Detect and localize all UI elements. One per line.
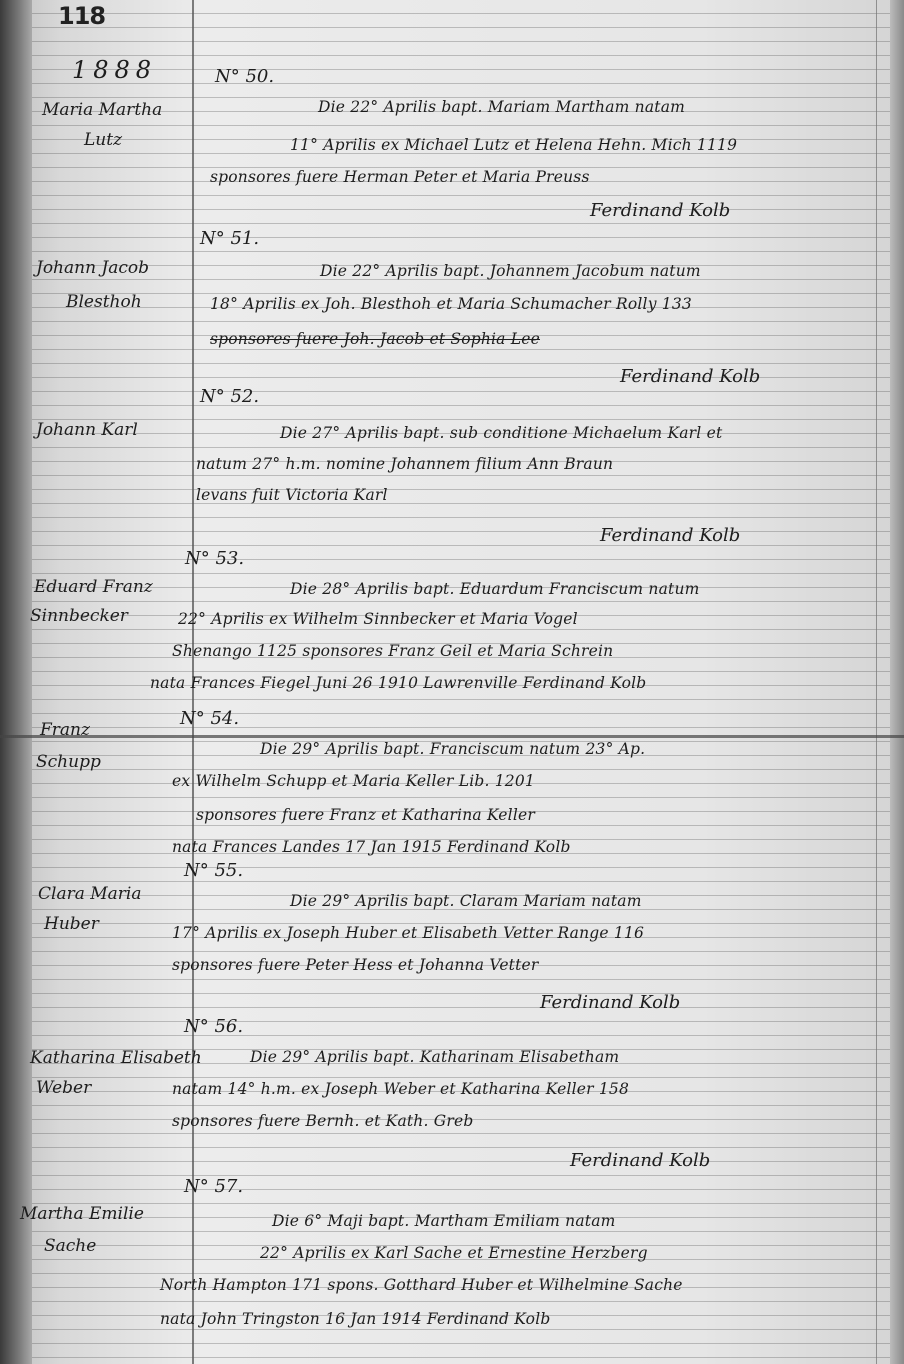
page-number: 118 [58, 2, 105, 30]
page-edge [890, 0, 904, 1364]
record-line: Die 6° Maji bapt. Martham Emiliam natam [272, 1212, 616, 1230]
entry-number: N° 52. [200, 386, 259, 407]
record-line: sponsores fuere Joh. Jacob et Sophia Lee [210, 330, 540, 348]
child-name: Eduard Franz [34, 577, 153, 597]
record-line: Shenango 1125 sponsores Franz Geil et Ma… [172, 642, 613, 660]
record-line: Die 22° Aprilis bapt. Johannem Jacobum n… [320, 262, 701, 280]
child-name: Johann Karl [36, 420, 138, 440]
record-line: nata Frances Fiegel Juni 26 1910 Lawrenv… [150, 674, 646, 692]
page-fold [0, 735, 904, 738]
register-page: 118 1888 N° 50. Maria Martha Lutz Die 22… [0, 0, 904, 1364]
record-line: levans fuit Victoria Karl [196, 486, 388, 504]
priest-signature: Ferdinand Kolb [600, 525, 740, 546]
record-line: Die 22° Aprilis bapt. Mariam Martham nat… [318, 98, 685, 116]
child-name: Franz [40, 720, 90, 740]
priest-signature: Ferdinand Kolb [570, 1150, 710, 1171]
record-line: natam 14° h.m. ex Joseph Weber et Kathar… [172, 1080, 629, 1098]
record-line: sponsores fuere Peter Hess et Johanna Ve… [172, 956, 539, 974]
record-line: North Hampton 171 spons. Gotthard Huber … [160, 1276, 683, 1294]
entry-number: N° 53. [185, 548, 244, 569]
entry-number: N° 50. [215, 66, 274, 87]
record-line: nata Frances Landes 17 Jan 1915 Ferdinan… [172, 838, 571, 856]
record-line: 22° Aprilis ex Karl Sache et Ernestine H… [260, 1244, 648, 1262]
entry-number: N° 55. [184, 860, 243, 881]
child-surname: Huber [44, 914, 99, 934]
record-line: sponsores fuere Bernh. et Kath. Greb [172, 1112, 473, 1130]
record-line: 18° Aprilis ex Joh. Blesthoh et Maria Sc… [210, 295, 692, 313]
record-line: sponsores fuere Franz et Katharina Kelle… [196, 806, 535, 824]
child-surname: Blesthoh [66, 292, 142, 312]
record-line: Die 29° Aprilis bapt. Katharinam Elisabe… [250, 1048, 619, 1066]
record-line: Die 29° Aprilis bapt. Claram Mariam nata… [290, 892, 642, 910]
record-line: 17° Aprilis ex Joseph Huber et Elisabeth… [172, 924, 644, 942]
record-line: Die 29° Aprilis bapt. Franciscum natum 2… [260, 740, 645, 758]
child-name: Maria Martha [42, 100, 162, 120]
child-surname: Sinnbecker [30, 606, 128, 626]
child-name: Katharina Elisabeth [30, 1048, 202, 1068]
priest-signature: Ferdinand Kolb [590, 200, 730, 221]
child-surname: Schupp [36, 752, 101, 772]
record-line: sponsores fuere Herman Peter et Maria Pr… [210, 168, 590, 186]
register-year: 1888 [72, 56, 157, 84]
entry-number: N° 54. [180, 708, 239, 729]
child-surname: Weber [36, 1078, 91, 1098]
right-rule [876, 0, 877, 1364]
priest-signature: Ferdinand Kolb [620, 366, 760, 387]
entry-number: N° 51. [200, 228, 259, 249]
record-line: 22° Aprilis ex Wilhelm Sinnbecker et Mar… [178, 610, 578, 628]
record-line: nata John Tringston 16 Jan 1914 Ferdinan… [160, 1310, 550, 1328]
child-surname: Lutz [84, 130, 122, 150]
record-line: Die 28° Aprilis bapt. Eduardum Franciscu… [290, 580, 700, 598]
record-line: natum 27° h.m. nomine Johannem filium An… [196, 455, 613, 473]
entry-number: N° 56. [184, 1016, 243, 1037]
child-name: Clara Maria [38, 884, 142, 904]
child-surname: Sache [44, 1236, 96, 1256]
priest-signature: Ferdinand Kolb [540, 992, 680, 1013]
child-name: Johann Jacob [36, 258, 149, 278]
record-line: ex Wilhelm Schupp et Maria Keller Lib. 1… [172, 772, 535, 790]
record-line: Die 27° Aprilis bapt. sub conditione Mic… [280, 424, 722, 442]
child-name: Martha Emilie [20, 1204, 144, 1224]
entry-number: N° 57. [184, 1176, 243, 1197]
record-line: 11° Aprilis ex Michael Lutz et Helena He… [290, 136, 737, 154]
binding-edge [0, 0, 32, 1364]
